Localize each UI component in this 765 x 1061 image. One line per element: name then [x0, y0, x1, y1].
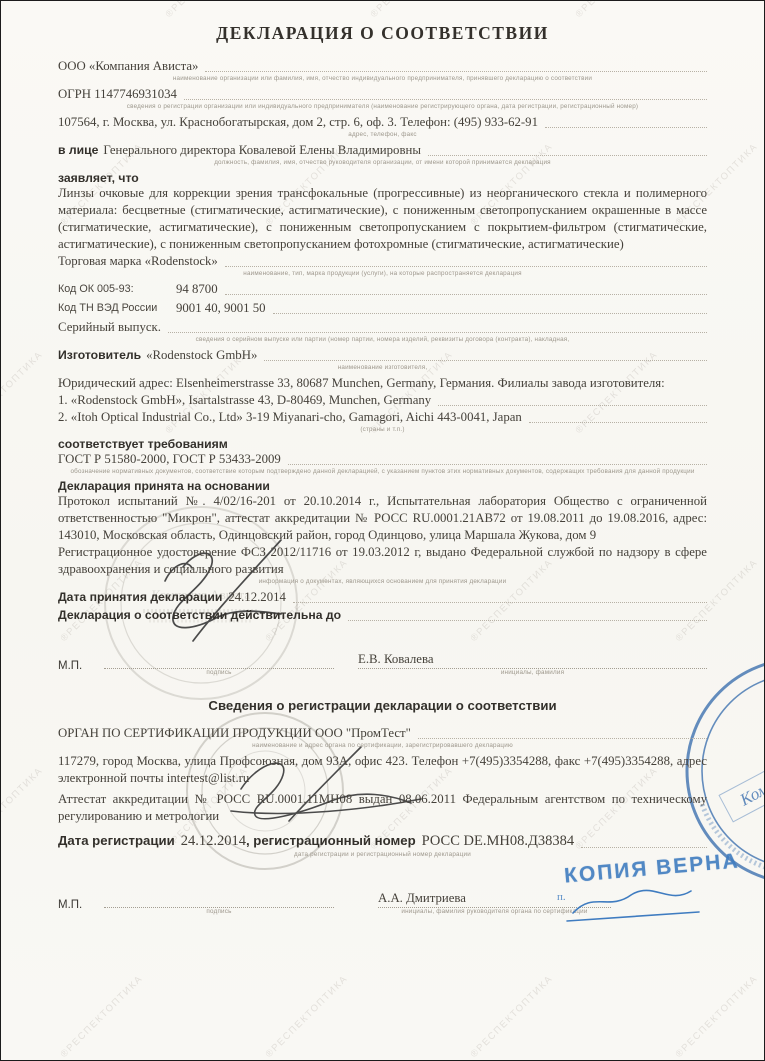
ruled-line: [168, 332, 707, 333]
code-ok-label: Код ОК 005-93:: [58, 281, 176, 298]
adoption-date-value: 24.12.2014: [228, 589, 286, 606]
registration-heading: Сведения о регистрации декларации о соот…: [58, 698, 707, 713]
signature-caption-1: подпись: [104, 669, 334, 677]
ruled-line: [225, 294, 707, 295]
product-description: Линзы очковые для коррекции зрения транс…: [58, 185, 707, 253]
code-tn-label: Код ТН ВЭД России: [58, 300, 176, 317]
ruled-line: [205, 71, 707, 72]
legal-address: Юридический адрес: Elsenheimerstrasse 33…: [58, 375, 665, 392]
signature-caption-2: подпись: [104, 908, 334, 916]
basis-text1: Протокол испытаний №. 4/02/16-201 от 20.…: [58, 493, 707, 544]
declarant-address-caption: адрес, телефон, факс: [58, 131, 707, 139]
mp-label-1: М.П.: [58, 660, 104, 672]
reg-number-label: , регистрационный номер: [246, 831, 416, 851]
mp-label-2: М.П.: [58, 899, 104, 911]
branch1-row: 1. «Rodenstock GmbH», Isartalstrasse 43,…: [58, 392, 707, 409]
in-person-row: в лице Генерального директора Ковалевой …: [58, 142, 707, 159]
standards-caption: обозначение нормативных документов, соот…: [58, 468, 707, 476]
watermark-text: ®РЕСПЕКТОПТИКА: [673, 973, 760, 1060]
watermark-text: ®РЕСПЕКТОПТИКА: [468, 973, 555, 1060]
reg-date-row: Дата регистрации 24.12.2014 , регистраци…: [58, 831, 707, 851]
declarant-company-row: ООО «Компания Ависта»: [58, 58, 707, 75]
in-person-caption: должность, фамилия, имя, отчество руково…: [58, 159, 707, 167]
in-person-label: в лице: [58, 142, 98, 159]
valid-until-row: Декларация о соответствии действительна …: [58, 607, 707, 624]
serial-row: Серийный выпуск.: [58, 319, 707, 336]
declarant-ogrn-row: ОГРН 1147746931034: [58, 86, 707, 103]
standards-row: ГОСТ Р 51580-2000, ГОСТ Р 53433-2009: [58, 451, 707, 468]
serial-caption: сведения о серийном выпуске или партии (…: [58, 336, 707, 344]
declarant-ogrn: ОГРН 1147746931034: [58, 86, 177, 103]
ruled-line: [529, 422, 707, 423]
ruled-line: [581, 847, 707, 848]
signatory-caption-1: инициалы, фамилия: [358, 669, 707, 677]
ruled-line: [264, 360, 707, 361]
accreditation-text: Аттестат аккредитации № РОСС RU.0001.11М…: [58, 791, 707, 825]
reg-date-value: 24.12.2014: [181, 831, 246, 851]
document-title: ДЕКЛАРАЦИЯ О СООТВЕТСТВИИ: [58, 23, 707, 44]
ruled-line: [184, 99, 707, 100]
signatory-name-2: А.А. Дмитриева: [378, 891, 466, 905]
manufacturer-label: Изготовитель: [58, 347, 141, 364]
manufacturer-row: Изготовитель «Rodenstock GmbH»: [58, 347, 707, 364]
ruled-line: [225, 266, 707, 267]
branch2: 2. «Itoh Optical Industrial Co., Ltd» 3-…: [58, 409, 522, 426]
declares-label: заявляет, что: [58, 171, 707, 185]
signature-line-2: [104, 893, 334, 908]
code-tn-row: Код ТН ВЭД России 9001 40, 9001 50: [58, 300, 707, 317]
signature-block-declarant: М.П. подпись Е.В. Ковалева инициалы, фам…: [58, 650, 707, 680]
cert-body-row: ОРГАН ПО СЕРТИФИКАЦИИ ПРОДУКЦИИ ООО "Про…: [58, 725, 707, 742]
ruled-line: [438, 405, 707, 406]
conforms-label: соответствует требованиям: [58, 437, 707, 451]
manufacturer-caption: наименование изготовителя,: [58, 364, 707, 372]
ruled-line: [348, 620, 707, 621]
adoption-date-label: Дата принятия декларации: [58, 589, 222, 606]
declarant-address-row: 107564, г. Москва, ул. Краснобогатырская…: [58, 114, 707, 131]
reg-number-value: РОСС DE.МН08.Д38384: [422, 831, 574, 851]
code-ok-row: Код ОК 005-93: 94 8700: [58, 281, 707, 298]
watermark-text: ®РЕСПЕКТОПТИКА: [58, 973, 145, 1060]
trademark-caption: наименование, тип, марка продукции (услу…: [58, 270, 707, 278]
cert-body-caption: наименование и адрес органа по сертифика…: [58, 742, 707, 750]
adoption-date-row: Дата принятия декларации 24.12.2014: [58, 589, 707, 606]
reg-caption: дата регистрации и регистрационный номер…: [58, 851, 707, 859]
ruled-line: [545, 127, 707, 128]
ruled-line: [418, 738, 707, 739]
ruled-line: [288, 464, 707, 465]
legal-address-row: Юридический адрес: Elsenheimerstrasse 33…: [58, 375, 707, 392]
watermark-text: ®РЕСПЕКТОПТИКА: [263, 973, 350, 1060]
basis-text2: Регистрационное удостоверение ФСЗ 2012/1…: [58, 544, 707, 578]
cert-body-address: 117279, город Москва, улица Профсоюзная,…: [58, 753, 707, 787]
signatory-name-1: Е.В. Ковалева: [358, 652, 434, 666]
declarant-ogrn-caption: сведения о регистрации организации или и…: [58, 103, 707, 111]
in-person-value: Генерального директора Ковалевой Елены В…: [103, 142, 421, 159]
declaration-document: ®РЕСПЕКТОПТИКА®РЕСПЕКТОПТИКА®РЕСПЕКТОПТИ…: [0, 0, 765, 1061]
basis-label: Декларация принята на основании: [58, 479, 707, 493]
branch1: 1. «Rodenstock GmbH», Isartalstrasse 43,…: [58, 392, 431, 409]
standards: ГОСТ Р 51580-2000, ГОСТ Р 53433-2009: [58, 451, 281, 468]
manufacturer-name: «Rodenstock GmbH»: [146, 347, 257, 364]
copy-signature: [561, 881, 711, 929]
cert-body-name: ОРГАН ПО СЕРТИФИКАЦИИ ПРОДУКЦИИ ООО "Про…: [58, 725, 411, 742]
basis-caption: информация о документах, являющихся осно…: [58, 578, 707, 586]
code-ok-value: 94 8700: [176, 281, 218, 298]
serial-issue: Серийный выпуск.: [58, 319, 161, 336]
signature-line-1: [104, 654, 334, 669]
declarant-address: 107564, г. Москва, ул. Краснобогатырская…: [58, 114, 538, 131]
trademark: Торговая марка «Rodenstock»: [58, 253, 218, 270]
ruled-line: [293, 602, 707, 603]
trademark-row: Торговая марка «Rodenstock»: [58, 253, 707, 270]
declarant-company-caption: наименование организации или фамилия, им…: [58, 75, 707, 83]
reg-date-label: Дата регистрации: [58, 831, 175, 851]
ruled-line: [273, 313, 707, 314]
branch2-row: 2. «Itoh Optical Industrial Co., Ltd» 3-…: [58, 409, 707, 426]
ruled-line: [428, 155, 707, 156]
declarant-company: ООО «Компания Ависта»: [58, 58, 198, 75]
branches-caption: (страны и т.п.): [58, 426, 707, 434]
valid-until-label: Декларация о соответствии действительна …: [58, 607, 341, 624]
code-tn-value: 9001 40, 9001 50: [176, 300, 266, 317]
